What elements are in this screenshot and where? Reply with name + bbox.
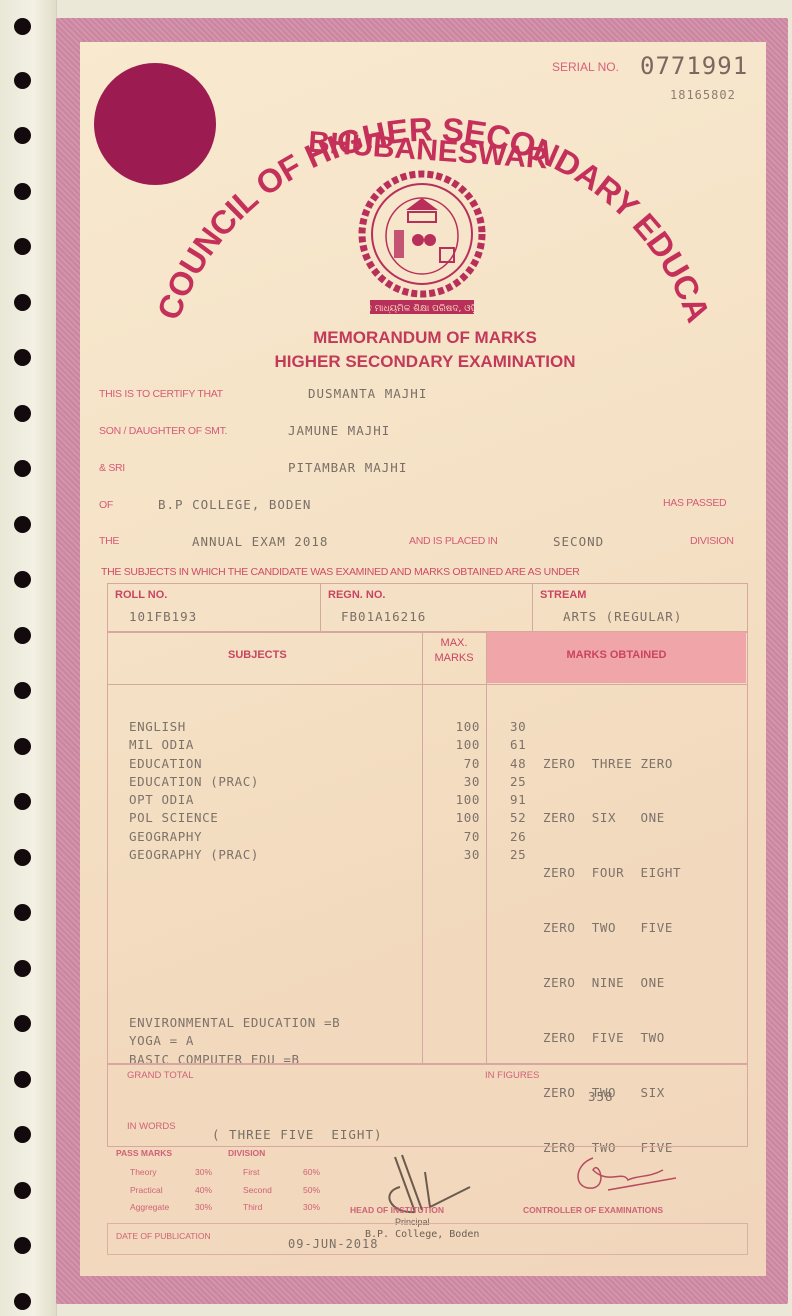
- subject-name: GEOGRAPHY: [129, 828, 259, 846]
- subject-column: ENGLISH MIL ODIA EDUCATION EDUCATION (PR…: [129, 718, 259, 864]
- total-box: [107, 1063, 748, 1147]
- pass-type: Practical: [130, 1185, 163, 1195]
- max-marks-header-2: MARKS: [428, 652, 480, 664]
- perforation-hole: [14, 349, 31, 366]
- marks-in-words: ZERO THREE ZERO: [543, 755, 681, 773]
- college-name: B.P COLLEGE, BODEN: [158, 497, 311, 512]
- max-marks: 70: [430, 755, 480, 773]
- the-label: THE: [99, 535, 119, 547]
- division-pct: 50%: [303, 1185, 320, 1195]
- subject-name: ENGLISH: [129, 718, 259, 736]
- svg-text:ଉଚ୍ଚ ମାଧ୍ୟମିକ ଶିକ୍ଷା ପରିଷଦ, ଓଡ: ଉଚ୍ଚ ମାଧ୍ୟମିକ ଶିକ୍ଷା ପରିଷଦ, ଓଡ଼ିଶା: [358, 303, 486, 314]
- perforation-hole: [14, 516, 31, 533]
- publication-label: DATE OF PUBLICATION: [116, 1231, 211, 1241]
- perforation-hole: [14, 1126, 31, 1143]
- division-pct: 60%: [303, 1167, 320, 1177]
- head-of-institution-label: HEAD OF INSTITUTION: [350, 1205, 444, 1215]
- max-marks: 70: [430, 828, 480, 846]
- mother-label: SON / DAUGHTER OF SMT.: [99, 425, 227, 437]
- subject-name: EDUCATION: [129, 755, 259, 773]
- marks-in-words: ZERO FIVE TWO: [543, 1029, 681, 1047]
- mother-name: JAMUNE MAJHI: [288, 423, 390, 438]
- pass-type: Aggregate: [130, 1202, 169, 1212]
- grade-subjects: ENVIRONMENTAL EDUCATION =B YOGA = A BASI…: [129, 1014, 340, 1069]
- perforation-hole: [14, 793, 31, 810]
- memo-title: MEMORANDUM OF MARKS: [200, 328, 650, 348]
- marks-in-words: ZERO NINE ONE: [543, 974, 681, 992]
- max-marks: 100: [430, 736, 480, 754]
- perforation-hole: [14, 1071, 31, 1088]
- perforation-hole: [14, 960, 31, 977]
- total-in-figures: 358: [588, 1089, 614, 1104]
- in-figures-label: IN FIGURES: [485, 1070, 539, 1081]
- perforation-hole: [14, 682, 31, 699]
- perforation-hole: [14, 904, 31, 921]
- roll-label: ROLL NO.: [115, 589, 167, 601]
- regn-number: FB01A16216: [341, 609, 426, 624]
- father-label: & SRI: [99, 462, 125, 474]
- subject-name: GEOGRAPHY (PRAC): [129, 846, 259, 864]
- pass-pct: 30%: [195, 1202, 212, 1212]
- max-marks: 30: [430, 773, 480, 791]
- perforation-hole: [14, 1237, 31, 1254]
- division-name: First: [243, 1167, 260, 1177]
- subjects-intro: THE SUBJECTS IN WHICH THE CANDIDATE WAS …: [101, 566, 580, 578]
- perforation-hole: [14, 849, 31, 866]
- placed-label: AND IS PLACED IN: [409, 535, 498, 547]
- marks-obtained: 48: [510, 755, 526, 773]
- has-passed-label: HAS PASSED: [663, 497, 726, 509]
- marks-obtained: 91: [510, 791, 526, 809]
- pass-pct: 40%: [195, 1185, 212, 1195]
- serial-number: 0771991: [640, 52, 748, 80]
- max-marks: 30: [430, 846, 480, 864]
- father-name: PITAMBAR MAJHI: [288, 460, 407, 475]
- division-label: DIVISION: [690, 535, 734, 547]
- pass-type: Theory: [130, 1167, 156, 1177]
- division-name: Third: [243, 1202, 262, 1212]
- subject-name: EDUCATION (PRAC): [129, 773, 259, 791]
- controller-signature-icon: [568, 1150, 678, 1200]
- marks-obtained-header: MARKS OBTAINED: [487, 649, 746, 661]
- max-marks: 100: [430, 791, 480, 809]
- max-marks: 100: [430, 718, 480, 736]
- certify-label: THIS IS TO CERTIFY THAT: [99, 388, 223, 400]
- perforation-hole: [14, 1182, 31, 1199]
- division-pct: 30%: [303, 1202, 320, 1212]
- roll-number: 101FB193: [129, 609, 197, 624]
- exam-title: HIGHER SECONDARY EXAMINATION: [200, 352, 650, 372]
- perforation-hole: [14, 1015, 31, 1032]
- marks-obtained: 52: [510, 809, 526, 827]
- perforation-hole: [14, 738, 31, 755]
- subject-name: OPT ODIA: [129, 791, 259, 809]
- pass-pct: 30%: [195, 1167, 212, 1177]
- controller-label: CONTROLLER OF EXAMINATIONS: [523, 1205, 663, 1215]
- marks-in-words: ZERO SIX ONE: [543, 809, 681, 827]
- marks-column: 30 61 48 25 91 52 26 25: [510, 718, 526, 864]
- total-in-words: ( THREE FIVE EIGHT): [212, 1127, 383, 1142]
- serial-label: SERIAL NO.: [552, 60, 619, 74]
- max-marks-column: 100 100 70 30 100 100 70 30: [430, 718, 480, 864]
- marks-in-words: ZERO TWO FIVE: [543, 919, 681, 937]
- subject-name: POL SCIENCE: [129, 809, 259, 827]
- regn-label: REGN. NO.: [328, 589, 385, 601]
- in-words-label: IN WORDS: [127, 1121, 176, 1132]
- grade-item: ENVIRONMENTAL EDUCATION =B: [129, 1014, 340, 1032]
- max-marks-header-1: MAX.: [428, 637, 480, 649]
- serial-sub-number: 18165802: [670, 88, 736, 102]
- college-stamp: B.P. College, Boden: [365, 1229, 479, 1240]
- perforation-hole: [14, 405, 31, 422]
- marks-obtained: 26: [510, 828, 526, 846]
- subjects-header: SUBJECTS: [228, 649, 287, 661]
- stream-value: ARTS (REGULAR): [563, 609, 682, 624]
- grand-total-label: GRAND TOTAL: [127, 1070, 194, 1081]
- marks-obtained: 30: [510, 718, 526, 736]
- council-emblem-icon: ଉଚ୍ଚ ମାଧ୍ୟମିକ ଶିକ୍ଷା ପରିଷଦ, ଓଡ଼ିଶା: [356, 168, 488, 316]
- id-box: [107, 583, 748, 633]
- marks-obtained: 25: [510, 773, 526, 791]
- marks-in-words: ZERO FOUR EIGHT: [543, 864, 681, 882]
- of-label: OF: [99, 499, 113, 511]
- perforation-hole: [14, 460, 31, 477]
- max-marks: 100: [430, 809, 480, 827]
- grade-item: YOGA = A: [129, 1032, 340, 1050]
- marks-obtained: 25: [510, 846, 526, 864]
- marks-obtained: 61: [510, 736, 526, 754]
- subject-name: MIL ODIA: [129, 736, 259, 754]
- exam-name: ANNUAL EXAM 2018: [192, 534, 328, 549]
- stream-label: STREAM: [540, 589, 586, 601]
- candidate-name: DUSMANTA MAJHI: [308, 386, 427, 401]
- perforation-hole: [14, 1293, 31, 1310]
- division-name: Second: [243, 1185, 272, 1195]
- perforation-hole: [14, 571, 31, 588]
- division-value: SECOND: [553, 534, 604, 549]
- division-title: DIVISION: [228, 1148, 265, 1158]
- pass-marks-title: PASS MARKS: [116, 1148, 172, 1158]
- perforation-hole: [14, 627, 31, 644]
